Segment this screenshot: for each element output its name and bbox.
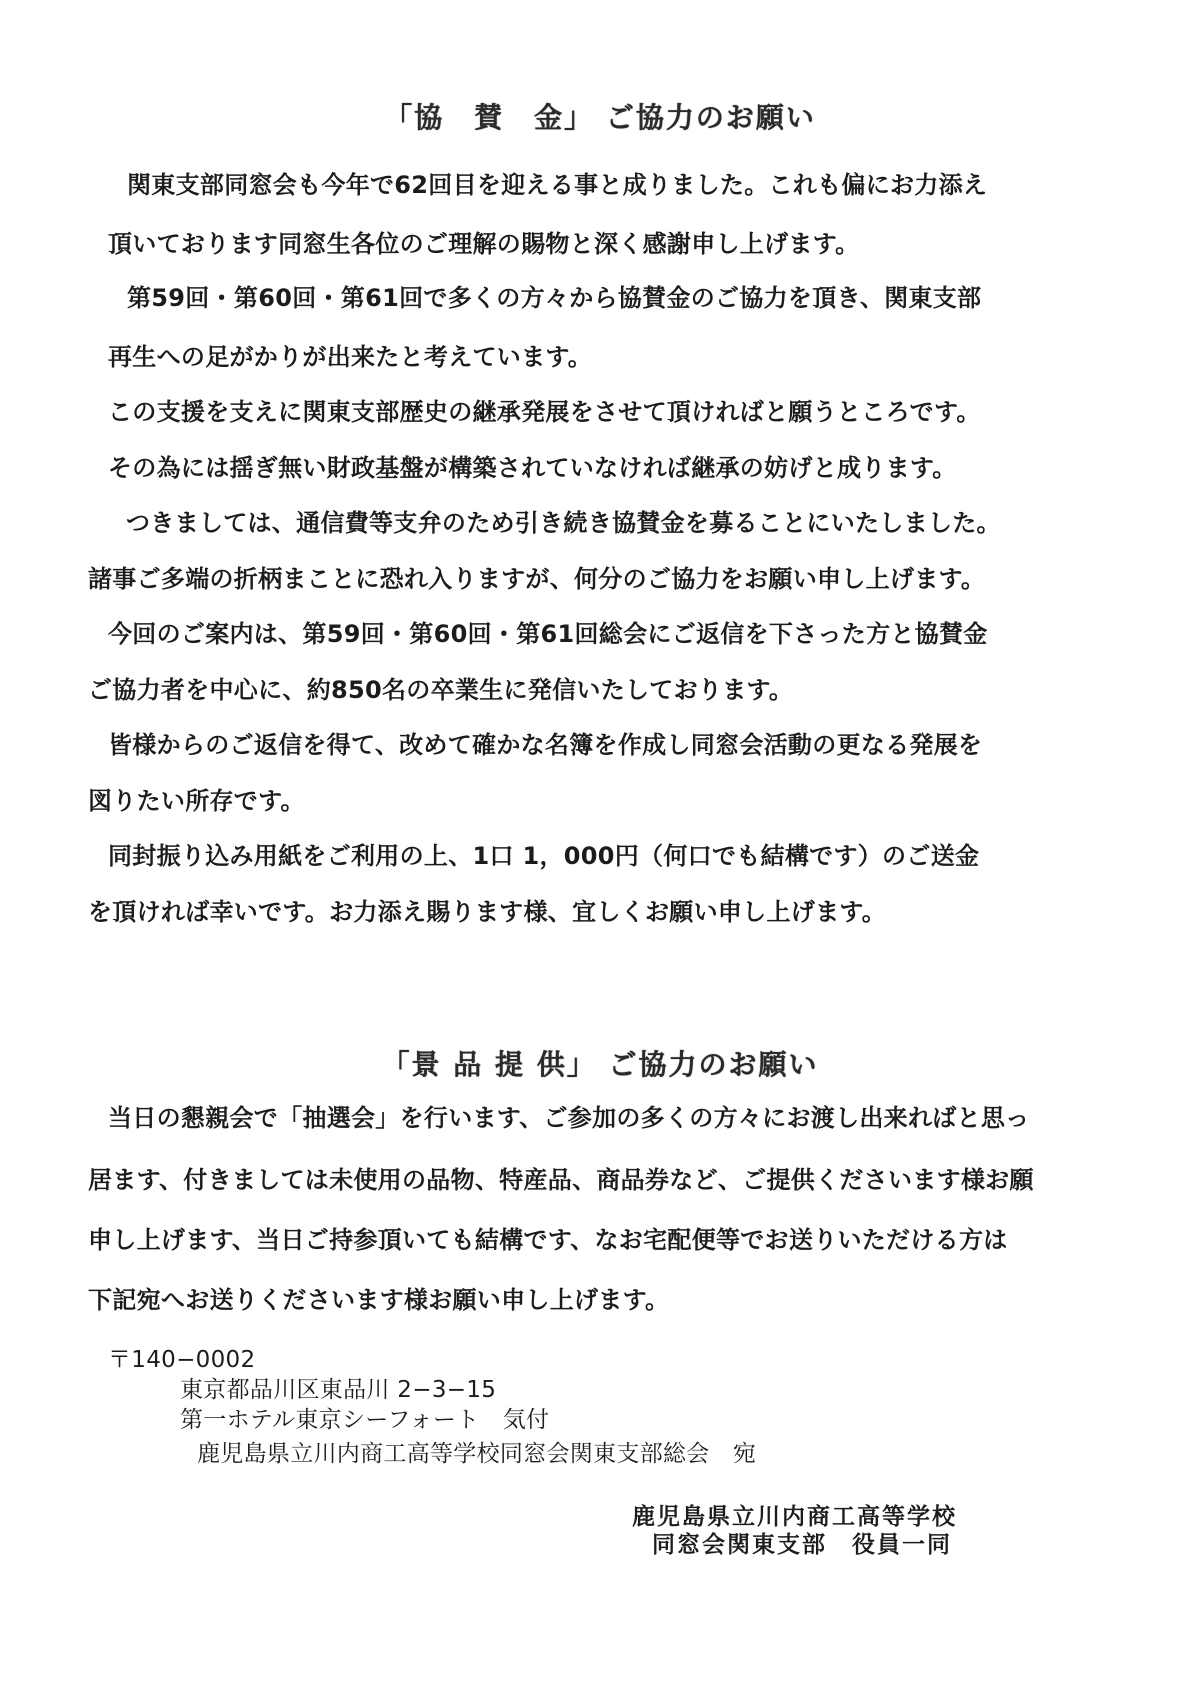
care-of-address: 第一ホテル東京シーフォート 気付 [180, 1406, 549, 1434]
paragraph-line: を頂ければ幸いです。お力添え賜ります様、宜しくお願い申し上げます。 [88, 897, 886, 927]
paragraph-line: ご協力者を中心に、約850名の卒業生に発信いたしております。 [88, 675, 793, 705]
paragraph-line: 申し上げます、当日ご持参頂いても結構です、なお宅配便等でお送りいただける方は [88, 1225, 1008, 1255]
paragraph-line: つきましては、通信費等支弁のため引き続き協賛金を募ることにいたしました。 [126, 508, 1001, 538]
paragraph-line: 諸事ご多端の折柄まことに恐れ入りますが、何分のご協力をお願い申し上げます。 [88, 564, 985, 594]
prize-donation-title: 「景 品 提 供」 ご協力のお願い [0, 1043, 1200, 1083]
paragraph-line: 関東支部同窓会も今年で62回目を迎える事と成りました。これも偏にお力添え [127, 170, 987, 200]
sponsorship-title: 「協 賛 金」 ご協力のお願い [0, 96, 1200, 136]
street-address: 東京都品川区東品川 2−3−15 [180, 1376, 496, 1404]
paragraph-line: 今回のご案内は、第59回・第60回・第61回総会にご返信を下さった方と協賛金 [108, 619, 988, 649]
document-page: 「協 賛 金」 ご協力のお願い 関東支部同窓会も今年で62回目を迎える事と成りま… [0, 0, 1200, 1695]
paragraph-line: 同封振り込み用紙をご利用の上、1口 1，000円（何口でも結構です）のご送金 [108, 841, 979, 871]
paragraph-line: 当日の懇親会で「抽選会」を行います、ご参加の多くの方々にお渡し出来ればと思っ [108, 1103, 1029, 1133]
paragraph-line: 第59回・第60回・第61回で多くの方々から協賛金のご協力を頂き、関東支部 [127, 283, 981, 313]
signature-committee: 同窓会関東支部 役員一同 [652, 1531, 952, 1559]
paragraph-line: 皆様からのご返信を得て、改めて確かな名簿を作成し同窓会活動の更なる発展を [108, 730, 982, 760]
paragraph-line: 下記宛へお送りくださいます様お願い申し上げます。 [88, 1285, 669, 1315]
paragraph-line: その為には揺ぎ無い財政基盤が構築されていなければ継承の妨げと成ります。 [108, 453, 957, 483]
signature-school: 鹿児島県立川内商工高等学校 [632, 1503, 957, 1531]
paragraph-line: 居ます、付きましては未使用の品物、特産品、商品券など、ご提供くださいます様お願 [88, 1165, 1034, 1195]
paragraph-line: 頂いております同窓生各位のご理解の賜物と深く感謝申し上げます。 [108, 229, 859, 259]
paragraph-line: 再生への足がかりが出来たと考えています。 [108, 342, 592, 372]
paragraph-line: 図りたい所存です。 [88, 786, 305, 816]
postal-code: 〒140−0002 [108, 1346, 255, 1374]
recipient-address: 鹿児島県立川内商工高等学校同窓会関東支部総会 宛 [197, 1440, 756, 1468]
paragraph-line: この支援を支えに関東支部歴史の継承発展をさせて頂ければと願うところです。 [108, 397, 981, 427]
